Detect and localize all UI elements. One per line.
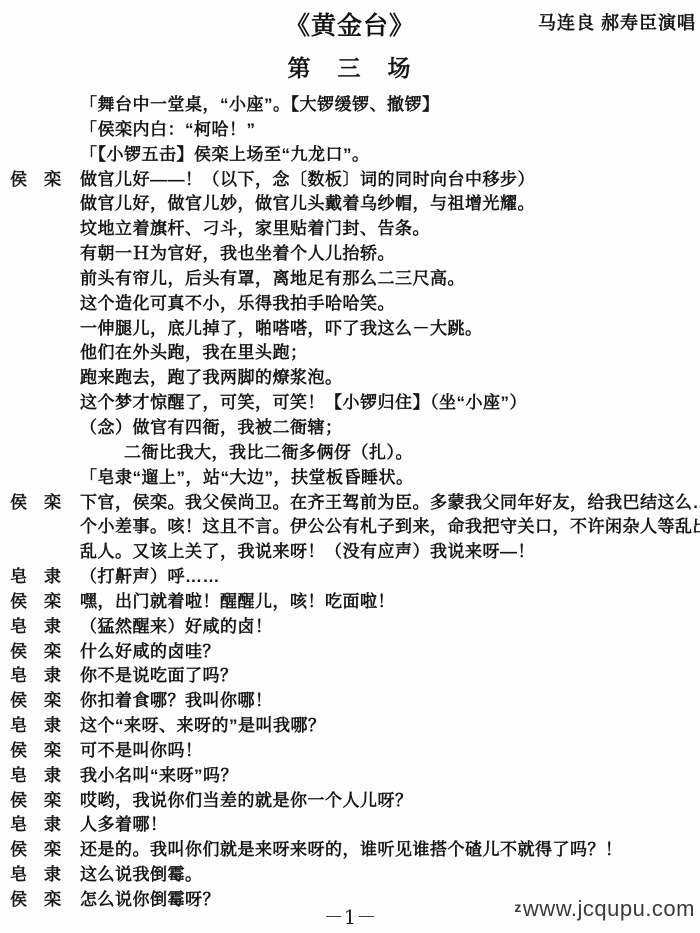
watermark-text: www.jcqupu.com [523,896,695,921]
speaker-name: 皂 隶 [10,565,61,590]
script-line: 坟地立着旗杆、刁斗，家里贴着门封、告条。 [0,217,700,242]
scene-title: 第 三 场 [0,50,700,83]
script-line: 侯 栾下官，侯栾。我父侯尚卫。在齐王驾前为臣。多蒙我父同年好友，给我巴结这么… [0,491,700,516]
script-line: 侯 栾什么好咸的卤哇？ [0,640,700,665]
script-line: 个小差事。咳！这且不言。伊公公有札子到来，命我把守关口，不许闲杂人等乱出 [0,515,700,540]
line-text: 还是的。我叫你们就是来呀来呀的，谁听见谁搭个碴儿不就得了吗？！ [80,840,623,859]
line-text: （猛然醒来）好咸的卤！ [80,617,273,636]
line-text: 前头有帘儿，后头有罩，离地足有那么二三尺高。 [80,269,465,288]
script-line: 侯 栾做官儿好——！（以下，念〔数板〕词的同时向台中移步） [0,168,700,193]
speaker-name: 皂 隶 [10,615,61,640]
script-line: 二衙比我大，我比二衙多俩伢（扎）。 [0,441,700,466]
script-line: 跑来跑去，跑了我两脚的燎浆泡。 [0,366,700,391]
line-text: 坟地立着旗杆、刁斗，家里贴着门封、告条。 [80,219,430,238]
stage-direction: 「舞台中一堂桌，“小座”。【大锣缓锣、撤锣】 [0,93,700,118]
stage-direction: 「侯栾内白：“柯哈！” [0,118,700,143]
line-text: 这个造化可真不小，乐得我拍手哈哈笑。 [80,294,395,313]
script-line: 侯 栾还是的。我叫你们就是来呀来呀的，谁听见谁搭个碴儿不就得了吗？！ [0,838,700,863]
script-line: 侯 栾嘿，出门就着啦！醒醒儿，咳！吃面啦！ [0,590,700,615]
speaker-name: 侯 栾 [10,491,61,516]
speaker-name: 侯 栾 [10,168,61,193]
line-text: 个小差事。咳！这且不言。伊公公有札子到来，命我把守关口，不许闲杂人等乱出 [80,517,700,536]
line-text: 跑来跑去，跑了我两脚的燎浆泡。 [80,368,343,387]
script-line: 皂 隶（猛然醒来）好咸的卤！ [0,615,700,640]
script-line: 侯 栾哎哟，我说你们当差的就是你一个人儿呀？ [0,789,700,814]
script-line: 前头有帘儿，后头有罩，离地足有那么二三尺高。 [0,267,700,292]
speaker-name: 侯 栾 [10,739,61,764]
script-line: 皂 隶这么说我倒霉。 [0,863,700,888]
script-line: 一伸腿儿，底儿掉了，啪嗒嗒，吓了我这么－大跳。 [0,317,700,342]
line-text: 这么说我倒霉。 [80,865,203,884]
script-line: 侯 栾你扣着食哪？我叫你哪！ [0,689,700,714]
line-text: 下官，侯栾。我父侯尚卫。在齐王驾前为臣。多蒙我父同年好友，给我巴结这么… [80,493,700,512]
script-body: 「舞台中一堂桌，“小座”。【大锣缓锣、撤锣】 「侯栾内白：“柯哈！” 「【小锣五… [0,93,700,913]
line-text: 「【小锣五击】侯栾上场至“九龙口”。 [80,145,370,164]
script-line: 皂 隶这个“来呀、来呀的”是叫我哪？ [0,714,700,739]
stage-direction: 「皂隶“遛上”，站“大边”，扶堂板昏睡状。 [0,466,700,491]
line-text: 「皂隶“遛上”，站“大边”，扶堂板昏睡状。 [80,468,414,487]
line-text: （打鼾声）呼…… [80,567,220,586]
line-text: 做官儿好——！（以下，念〔数板〕词的同时向台中移步） [80,170,535,189]
line-text: （念）做官有四衙，我被二衙辖； [80,418,343,437]
script-line: 皂 隶你不是说吃面了吗？ [0,664,700,689]
line-text: 他们在外头跑，我在里头跑； [80,343,308,362]
line-text: 二衙比我大，我比二衙多俩伢（扎）。 [124,443,413,462]
watermark: zwww.jcqupu.com [514,896,695,922]
line-text: 这个梦才惊醒了，可笑，可笑！【小锣归住】（坐“小座”） [80,393,527,412]
script-page: 《黄金台》 马连良 郝寿臣演唱 第 三 场 「舞台中一堂桌，“小座”。【大锣缓锣… [0,0,700,933]
script-line: 乱人。又该上关了，我说来呀！（没有应声）我说来呀—！ [0,540,700,565]
speaker-name: 皂 隶 [10,764,61,789]
speaker-name: 侯 栾 [10,590,61,615]
script-line: 侯 栾可不是叫你吗！ [0,739,700,764]
line-text: 你不是说吃面了吗？ [80,666,238,685]
script-line: 他们在外头跑，我在里头跑； [0,341,700,366]
line-text: 「舞台中一堂桌，“小座”。【大锣缓锣、撤锣】 [80,95,440,114]
speaker-name: 皂 隶 [10,714,61,739]
speaker-name: 皂 隶 [10,813,61,838]
script-line: 这个梦才惊醒了，可笑，可笑！【小锣归住】（坐“小座”） [0,391,700,416]
speaker-name: 侯 栾 [10,689,61,714]
script-line: 这个造化可真不小，乐得我拍手哈哈笑。 [0,292,700,317]
line-text: 哎哟，我说你们当差的就是你一个人儿呀？ [80,791,413,810]
script-line: 皂 隶（打鼾声）呼…… [0,565,700,590]
speaker-name: 皂 隶 [10,664,61,689]
script-line: 有朝一Ｈ为官好，我也坐着个人儿抬轿。 [0,242,700,267]
speaker-name: 侯 栾 [10,838,61,863]
line-text: 嘿，出门就着啦！醒醒儿，咳！吃面啦！ [80,592,395,611]
line-text: 「侯栾内白：“柯哈！” [80,120,256,139]
watermark-logo-icon: z [514,899,522,915]
script-line: 做官儿好，做官儿妙，做官儿头戴着乌纱帽，与祖增光耀。 [0,192,700,217]
speaker-name: 侯 栾 [10,789,61,814]
script-line: （念）做官有四衙，我被二衙辖； [0,416,700,441]
script-line: 皂 隶人多着哪！ [0,813,700,838]
script-line: 皂 隶我小名叫“来呀”吗？ [0,764,700,789]
performers: 马连良 郝寿臣演唱 [538,9,696,35]
line-text: 你扣着食哪？我叫你哪！ [80,691,273,710]
line-text: 一伸腿儿，底儿掉了，啪嗒嗒，吓了我这么－大跳。 [80,319,483,338]
line-text: 乱人。又该上关了，我说来呀！（没有应声）我说来呀—！ [80,542,535,561]
line-text: 有朝一Ｈ为官好，我也坐着个人儿抬轿。 [80,244,395,263]
line-text: 我小名叫“来呀”吗？ [80,766,238,785]
line-text: 人多着哪！ [80,815,168,834]
speaker-name: 侯 栾 [10,640,61,665]
speaker-name: 皂 隶 [10,863,61,888]
line-text: 什么好咸的卤哇？ [80,642,220,661]
line-text: 可不是叫你吗！ [80,741,203,760]
stage-direction: 「【小锣五击】侯栾上场至“九龙口”。 [0,143,700,168]
line-text: 做官儿好，做官儿妙，做官儿头戴着乌纱帽，与祖增光耀。 [80,194,535,213]
line-text: 这个“来呀、来呀的”是叫我哪？ [80,716,326,735]
